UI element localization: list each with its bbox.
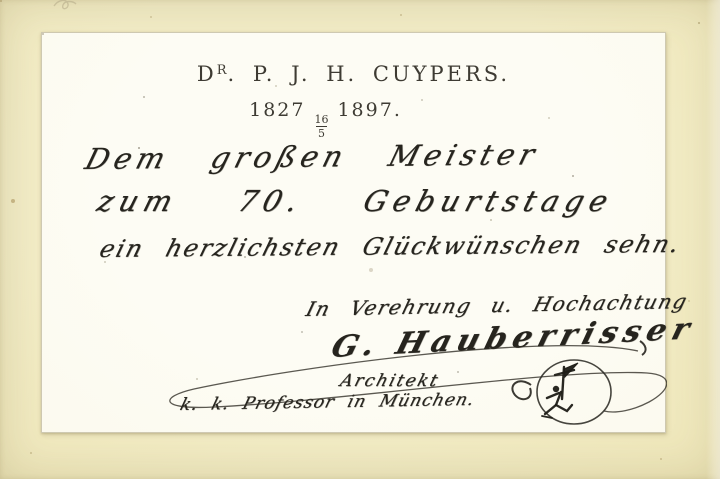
paper-specks-card	[42, 33, 44, 35]
birth-year: 1827	[249, 99, 305, 121]
handwritten-line-3: ein herzlichsten Glückwünschen sehn.	[97, 232, 684, 261]
printed-dates: 18271651897.	[14, 99, 637, 139]
album-page-photo: DR. P. J. H. CUYPERS. 18271651897. Dem g…	[0, 0, 720, 479]
pencil-squiggle	[46, 0, 106, 16]
name-initial-d: D	[197, 62, 217, 86]
handwritten-line-1: Dem großen Meister	[82, 140, 542, 174]
fraction-denominator: 5	[316, 126, 327, 140]
name-superscript-r: R	[217, 63, 228, 78]
printed-name-header: DR. P. J. H. CUYPERS.	[42, 62, 665, 86]
page-edge-highlight	[706, 0, 720, 479]
name-rest: . P. J. H. CUYPERS.	[228, 62, 511, 86]
jubilee-year: 1897.	[337, 99, 401, 121]
signature-title-professor: k. k. Professor in München.	[178, 392, 477, 414]
handwritten-line-2: zum 70. Geburtstage	[94, 187, 617, 216]
date-fraction: 165	[312, 114, 330, 139]
paper-specks-album	[0, 0, 2, 2]
fraction-numerator: 16	[312, 114, 330, 126]
signature-title-architect: Architekt	[338, 373, 441, 390]
signature: G. Hauberrisser	[328, 314, 699, 363]
muenchner-kindl-sketch	[542, 363, 578, 418]
congratulation-card: DR. P. J. H. CUYPERS. 18271651897. Dem g…	[41, 32, 666, 433]
